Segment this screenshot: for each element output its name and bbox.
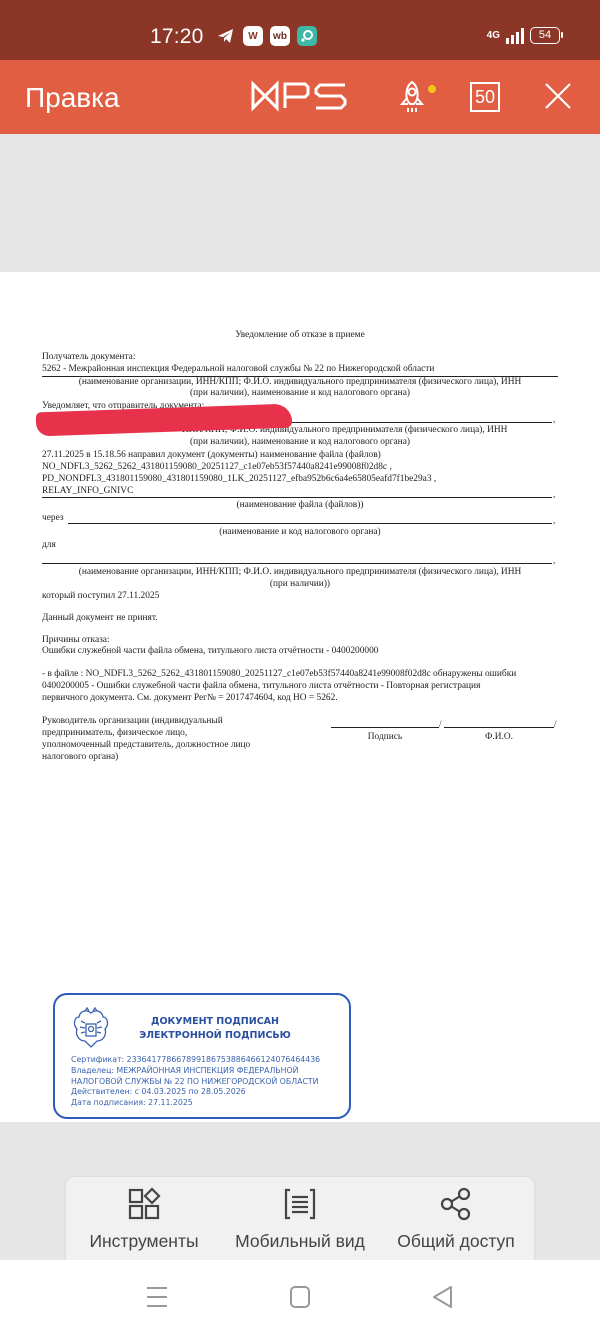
notification-dot (428, 85, 436, 93)
name-caption: Ф.И.О. (444, 732, 554, 744)
signer-line-3: уполномоченный представитель, должностно… (42, 740, 250, 752)
electronic-signature-stamp: ДОКУМЕНТ ПОДПИСАН ЭЛЕКТРОННОЙ ПОДПИСЬЮ С… (53, 993, 351, 1119)
sender-caption-2: (при наличии), наименование и код налого… (42, 437, 558, 449)
app-toolbar: Правка 50 (0, 60, 600, 134)
back-icon[interactable] (428, 1284, 458, 1310)
file-name-3: RELAY_INFO_GNIVC (42, 486, 133, 498)
recipient-label: Получатель документа: (42, 352, 135, 364)
signer-line-2: предприниматель, физическое лицо, (42, 728, 187, 740)
document-page[interactable]: Уведомление об отказе в приеме Получател… (0, 272, 600, 1122)
system-nav-bar (0, 1260, 600, 1332)
tools-label: Инструменты (89, 1231, 198, 1252)
via-label: через (42, 513, 64, 525)
detail-line-2: 0400200005 - Ошибки служебной части файл… (42, 681, 480, 693)
name-slash: / (554, 719, 557, 729)
stamp-signed-date: Дата подписания: 27.11.2025 (71, 1098, 320, 1109)
home-icon[interactable] (285, 1284, 315, 1310)
received-line: который поступил 27.11.2025 (42, 591, 159, 603)
stamp-title-line-2: ЭЛЕКТРОННОЙ ПОДПИСЬЮ (115, 1029, 315, 1043)
sender-comma: , (553, 414, 555, 424)
for-caption-2: (при наличии)) (42, 579, 558, 591)
wps-logo (250, 80, 350, 112)
edit-button[interactable]: Правка (25, 82, 120, 114)
coat-of-arms-icon (71, 1007, 111, 1051)
mobile-view-button[interactable]: Мобильный вид (225, 1177, 375, 1261)
detail-line-1: - в файле : NO_NDFL3_5262_5262_431801159… (42, 669, 516, 681)
stamp-owner-2: НАЛОГОВОЙ СЛУЖБЫ № 22 ПО НИЖЕГОРОДСКОЙ О… (71, 1077, 320, 1088)
recipient-value: 5262 - Межрайонная инспекция Федеральной… (42, 364, 434, 376)
file-name-2: PD_NONDFL3_431801159080_431801159080_1LK… (42, 474, 436, 486)
files-underline (42, 497, 552, 498)
telegram-icon (216, 26, 236, 46)
stamp-certificate: Сертификат: 2336417786678991867538864661… (71, 1055, 320, 1066)
for-label: для (42, 540, 56, 552)
via-underline (68, 523, 552, 524)
stamp-title: ДОКУМЕНТ ПОДПИСАН ЭЛЕКТРОННОЙ ПОДПИСЬЮ (115, 1015, 315, 1043)
mobile-view-label: Мобильный вид (235, 1231, 365, 1252)
wildberries-icon: wb (270, 26, 290, 46)
signer-line-4: налогового органа) (42, 752, 118, 764)
teal-app-icon (297, 26, 317, 46)
recipient-caption-1: (наименование организации, ИНН/КПП; Ф.И.… (42, 377, 558, 389)
page-count-badge[interactable]: 50 (470, 82, 500, 112)
status-indicators: 4G 54 (487, 27, 560, 44)
reason-1: Ошибки служебной части файла обмена, тит… (42, 646, 378, 658)
recents-icon[interactable] (142, 1284, 172, 1310)
for-comma: , (553, 555, 555, 565)
via-comma: , (553, 515, 555, 525)
name-underline (444, 727, 554, 728)
share-label: Общий доступ (397, 1231, 515, 1252)
document-heading: Уведомление об отказе в приеме (0, 330, 600, 342)
rocket-icon[interactable] (396, 80, 438, 118)
wps-icon: W (243, 26, 263, 46)
for-caption-1: (наименование организации, ИНН/КПП; Ф.И.… (42, 567, 558, 579)
close-icon[interactable] (542, 80, 574, 112)
stamp-details: Сертификат: 2336417786678991867538864661… (71, 1055, 320, 1109)
sent-line: 27.11.2025 в 15.18.56 направил документ … (42, 450, 381, 462)
share-button[interactable]: Общий доступ (381, 1177, 531, 1261)
detail-line-3: первичного документа. См. документ Рег№ … (42, 693, 338, 705)
tools-icon (127, 1187, 161, 1221)
signature-slash: / (439, 719, 442, 729)
stamp-owner-1: Владелец: МЕЖРАЙОННАЯ ИНСПЕКЦИЯ ФЕДЕРАЛЬ… (71, 1066, 320, 1077)
viewer-background (0, 134, 600, 272)
signature-caption: Подпись (331, 732, 439, 744)
screen: 17:20 W wb 4G 54 Правка (0, 0, 600, 1332)
network-type: 4G (487, 30, 500, 41)
signal-icon (506, 28, 524, 44)
recipient-caption-2: (при наличии), наименование и код налого… (42, 388, 558, 400)
tools-button[interactable]: Инструменты (69, 1177, 219, 1261)
notification-icons: W wb (216, 26, 317, 46)
mobile-view-icon (283, 1187, 317, 1221)
status-bar: 17:20 W wb 4G 54 (0, 0, 600, 60)
share-icon (439, 1187, 473, 1221)
stamp-validity: Действителен: с 04.03.2025 по 28.05.2026 (71, 1087, 320, 1098)
reasons-label: Причины отказа: (42, 635, 110, 647)
status-time: 17:20 (150, 25, 204, 49)
file-name-1: NO_NDFL3_5262_5262_431801159080_20251127… (42, 462, 392, 474)
via-caption: (наименование и код налогового органа) (42, 527, 558, 539)
files-comma: , (553, 489, 555, 499)
battery-indicator: 54 (530, 27, 560, 44)
not-accepted-line: Данный документ не принят. (42, 613, 158, 625)
stamp-title-line-1: ДОКУМЕНТ ПОДПИСАН (115, 1015, 315, 1029)
files-caption: (наименование файла (файлов)) (42, 500, 558, 512)
signer-line-1: Руководитель организации (индивидуальный (42, 716, 223, 728)
for-underline (42, 563, 552, 564)
signature-underline (331, 727, 439, 728)
network-indicator: 4G (487, 30, 500, 41)
bottom-action-panel: Инструменты Мобильный вид (66, 1177, 534, 1261)
